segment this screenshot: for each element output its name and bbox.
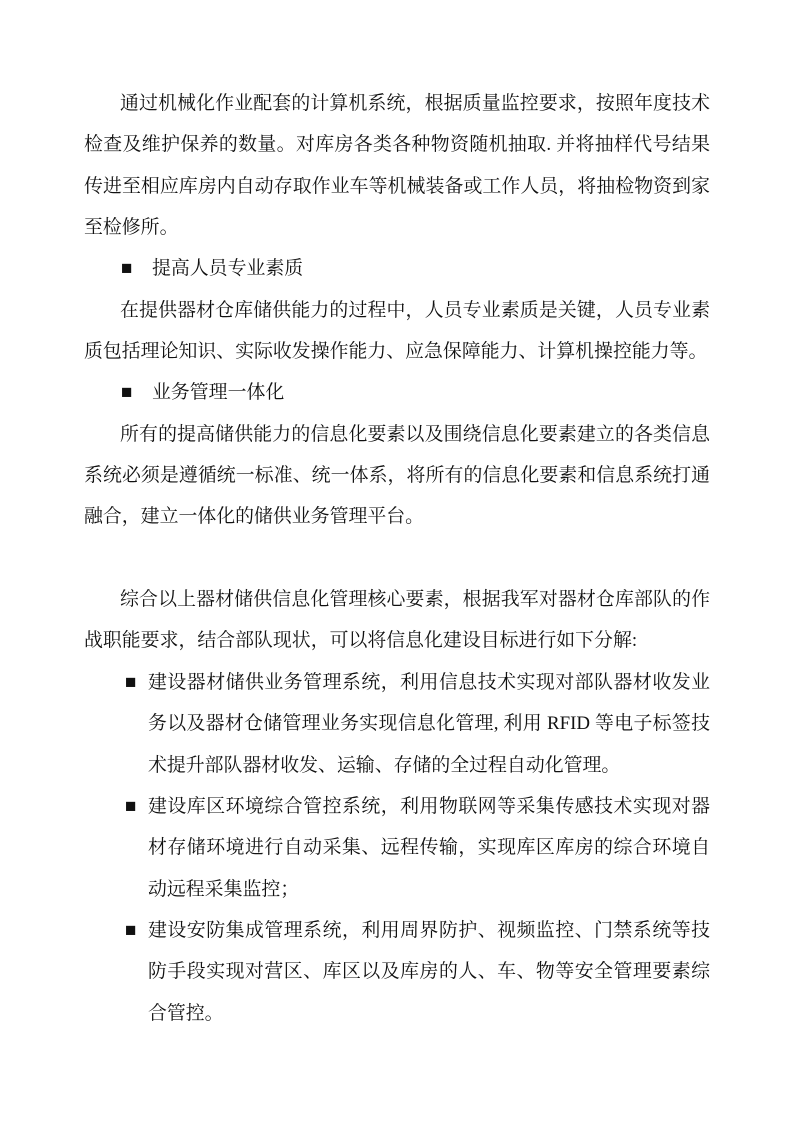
square-bullet-icon: ■ (125, 910, 136, 951)
paragraph: 通过机械化作业配套的计算机系统，根据质量监控要求，按照年度技术检查及维护保养的数… (84, 83, 710, 248)
square-bullet-icon: ■ (125, 662, 136, 703)
bullet-list: ■ 建设器材储供业务管理系统，利用信息技术实现对部队器材收发业务以及器材仓储管理… (84, 662, 710, 1034)
bullet-heading: ■ 业务管理一体化 (84, 372, 710, 413)
square-bullet-icon: ■ (121, 372, 132, 413)
list-item: ■ 建设器材储供业务管理系统，利用信息技术实现对部队器材收发业务以及器材仓储管理… (84, 662, 710, 786)
list-item-text: 建设安防集成管理系统，利用周界防护、视频监控、门禁系统等技防手段实现对营区、库区… (148, 920, 710, 1024)
bullet-heading: ■ 提高人员专业素质 (84, 248, 710, 289)
document-page: 通过机械化作业配套的计算机系统，根据质量监控要求，按照年度技术检查及维护保养的数… (0, 0, 793, 1122)
paragraph: 在提供器材仓库储供能力的过程中，人员专业素质是关键，人员专业素质包括理论知识、实… (84, 290, 710, 373)
list-item-text: 建设器材储供业务管理系统，利用信息技术实现对部队器材收发业务以及器材仓储管理业务… (148, 672, 710, 776)
bullet-heading-label: 提高人员专业素质 (152, 258, 303, 279)
paragraph: 所有的提高储供能力的信息化要素以及围绕信息化要素建立的各类信息系统必须是遵循统一… (84, 414, 710, 538)
square-bullet-icon: ■ (121, 248, 132, 289)
blank-line (84, 538, 710, 579)
list-item-text: 建设库区环境综合管控系统，利用物联网等采集传感技术实现对器材存储环境进行自动采集… (148, 796, 710, 900)
square-bullet-icon: ■ (125, 786, 136, 827)
list-item: ■ 建设安防集成管理系统，利用周界防护、视频监控、门禁系统等技防手段实现对营区、… (84, 910, 710, 1034)
list-item: ■ 建设库区环境综合管控系统，利用物联网等采集传感技术实现对器材存储环境进行自动… (84, 786, 710, 910)
paragraph: 综合以上器材储供信息化管理核心要素，根据我军对器材仓库部队的作战职能要求，结合部… (84, 579, 710, 662)
bullet-heading-label: 业务管理一体化 (152, 382, 284, 403)
text-block: 通过机械化作业配套的计算机系统，根据质量监控要求，按照年度技术检查及维护保养的数… (84, 83, 710, 1034)
